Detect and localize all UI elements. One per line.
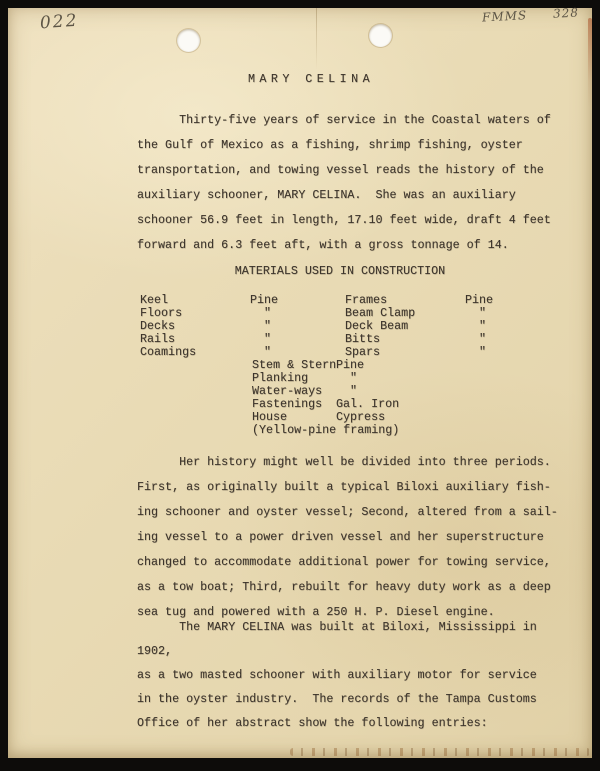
materials-value: Pine [336,359,492,372]
punch-hole-left [177,29,200,52]
handwritten-page-number: 022 [39,11,79,34]
scanned-typewritten-page: { "colors": { "paper": "#e9dbb5", "ink":… [0,0,600,771]
paper-edge-stain [588,18,592,108]
materials-item: Coamings [140,346,250,359]
materials-value: " [465,346,560,359]
punch-hole-right [369,24,392,47]
paragraph-history-periods: Her history might well be divided into t… [137,450,567,625]
materials-value: " [336,372,492,385]
materials-table: Keel Pine Frames Pine Floors " Beam Clam… [140,294,560,359]
archive-code-text: FMMS [482,8,528,24]
materials-heading: MATERIALS USED IN CONSTRUCTION [137,264,543,278]
document-title: MARY CELINA [161,72,461,86]
paper-crease [316,8,317,70]
archive-number-text: 328 [553,5,580,20]
materials-subtable: Stem & Stern Pine Planking " Water-ways … [252,359,492,437]
paper-sheet: 022 FMMS328 MARY CELINA Thirty-five year… [8,8,592,758]
handwritten-archive-code: FMMS328 [482,5,580,24]
paper-bottom-speckle [290,748,590,756]
materials-subtable-note: (Yellow-pine framing) [252,424,492,437]
paragraph-intro: Thirty-five years of service in the Coas… [137,108,567,258]
paragraph-built-at-biloxi: The MARY CELINA was built at Biloxi, Mis… [137,615,567,735]
